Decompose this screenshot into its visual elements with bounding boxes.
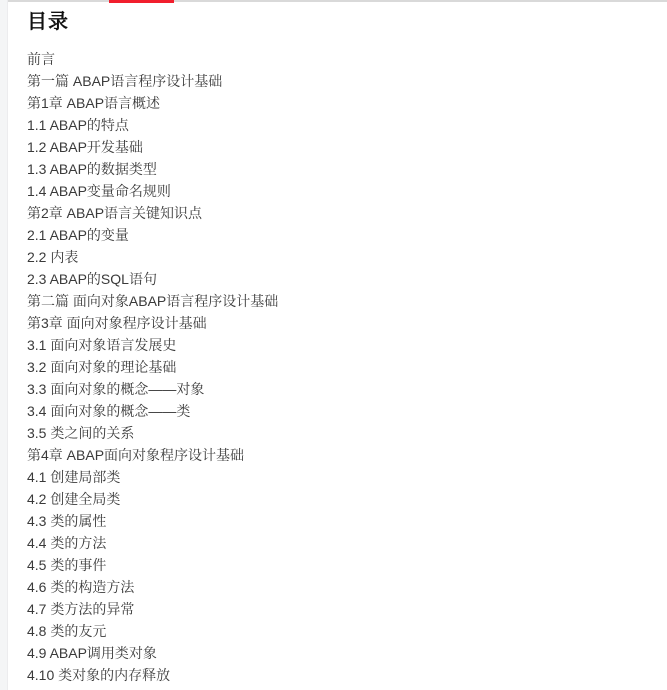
toc-item[interactable]: 4.8 类的友元 <box>27 620 647 642</box>
reader-page: 目录 前言第一篇 ABAP语言程序设计基础第1章 ABAP语言概述1.1 ABA… <box>0 0 667 690</box>
toc-item[interactable]: 4.7 类方法的异常 <box>27 598 647 620</box>
toc-item[interactable]: 2.3 ABAP的SQL语句 <box>27 268 647 290</box>
reading-progress-track <box>8 0 667 2</box>
page-title: 目录 <box>27 8 647 36</box>
toc-item[interactable]: 3.3 面向对象的概念——对象 <box>27 378 647 400</box>
toc-item[interactable]: 3.5 类之间的关系 <box>27 422 647 444</box>
toc-item[interactable]: 4.6 类的构造方法 <box>27 576 647 598</box>
toc-item[interactable]: 2.1 ABAP的变量 <box>27 224 647 246</box>
toc-item[interactable]: 4.4 类的方法 <box>27 532 647 554</box>
toc-item[interactable]: 第3章 面向对象程序设计基础 <box>27 312 647 334</box>
toc-item[interactable]: 第一篇 ABAP语言程序设计基础 <box>27 70 647 92</box>
toc-item[interactable]: 4.2 创建全局类 <box>27 488 647 510</box>
toc-item[interactable]: 2.2 内表 <box>27 246 647 268</box>
page-left-edge <box>0 0 8 690</box>
toc-item[interactable]: 1.3 ABAP的数据类型 <box>27 158 647 180</box>
toc-item[interactable]: 1.2 ABAP开发基础 <box>27 136 647 158</box>
toc-item[interactable]: 3.1 面向对象语言发展史 <box>27 334 647 356</box>
toc-item[interactable]: 第1章 ABAP语言概述 <box>27 92 647 114</box>
toc-item[interactable]: 4.9 ABAP调用类对象 <box>27 642 647 664</box>
reading-progress-thumb[interactable] <box>109 0 174 3</box>
toc-item[interactable]: 第2章 ABAP语言关键知识点 <box>27 202 647 224</box>
toc-item[interactable]: 前言 <box>27 48 647 70</box>
toc-list: 前言第一篇 ABAP语言程序设计基础第1章 ABAP语言概述1.1 ABAP的特… <box>27 48 647 686</box>
toc-item[interactable]: 3.2 面向对象的理论基础 <box>27 356 647 378</box>
toc-item[interactable]: 4.1 创建局部类 <box>27 466 647 488</box>
toc-item[interactable]: 4.3 类的属性 <box>27 510 647 532</box>
toc-item[interactable]: 3.4 面向对象的概念——类 <box>27 400 647 422</box>
toc-item[interactable]: 第4章 ABAP面向对象程序设计基础 <box>27 444 647 466</box>
toc-item[interactable]: 4.5 类的事件 <box>27 554 647 576</box>
toc-content: 目录 前言第一篇 ABAP语言程序设计基础第1章 ABAP语言概述1.1 ABA… <box>27 8 647 686</box>
toc-item[interactable]: 1.1 ABAP的特点 <box>27 114 647 136</box>
toc-item[interactable]: 4.10 类对象的内存释放 <box>27 664 647 686</box>
toc-item[interactable]: 1.4 ABAP变量命名规则 <box>27 180 647 202</box>
toc-item[interactable]: 第二篇 面向对象ABAP语言程序设计基础 <box>27 290 647 312</box>
